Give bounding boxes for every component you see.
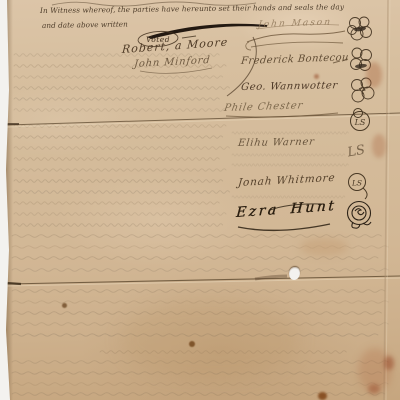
attestation-line-2: and date above written [42, 21, 128, 30]
stain-dot-left [62, 303, 67, 308]
manuscript-page: Voted [0, 0, 400, 400]
seal-mason-clover [348, 17, 372, 40]
document-photo: Voted [0, 0, 400, 400]
stain-water-lower [120, 300, 300, 380]
fold-crease-lower [7, 276, 400, 286]
stain-right-edge-mid [372, 134, 386, 158]
stain-dot-bottom [318, 392, 327, 400]
stain-right-edge-upper [366, 62, 382, 88]
signature-elihu-warner: Elihu Warner [237, 138, 315, 149]
stain-smudge-center [300, 238, 348, 256]
seal-warner-script-ls: LS [345, 143, 366, 161]
stain-bottom-right-dark1 [384, 356, 394, 370]
stain-dot-bontecou [314, 74, 319, 79]
stain-dot-mid [189, 341, 195, 347]
stain-bottom-right-dark2 [368, 384, 380, 394]
fold-crease-upper [7, 113, 400, 127]
vertical-crease [384, 0, 390, 400]
seal-chester-circle-ls: LS [351, 109, 370, 131]
seal-hunt-scribble [348, 202, 372, 229]
signature-geo-wannwotter: Geo. Wannwotter [240, 81, 338, 93]
svg-text:LS: LS [351, 179, 362, 188]
seal-whitmore-circle-ls: LS [349, 174, 368, 200]
svg-text:LS: LS [354, 118, 366, 127]
